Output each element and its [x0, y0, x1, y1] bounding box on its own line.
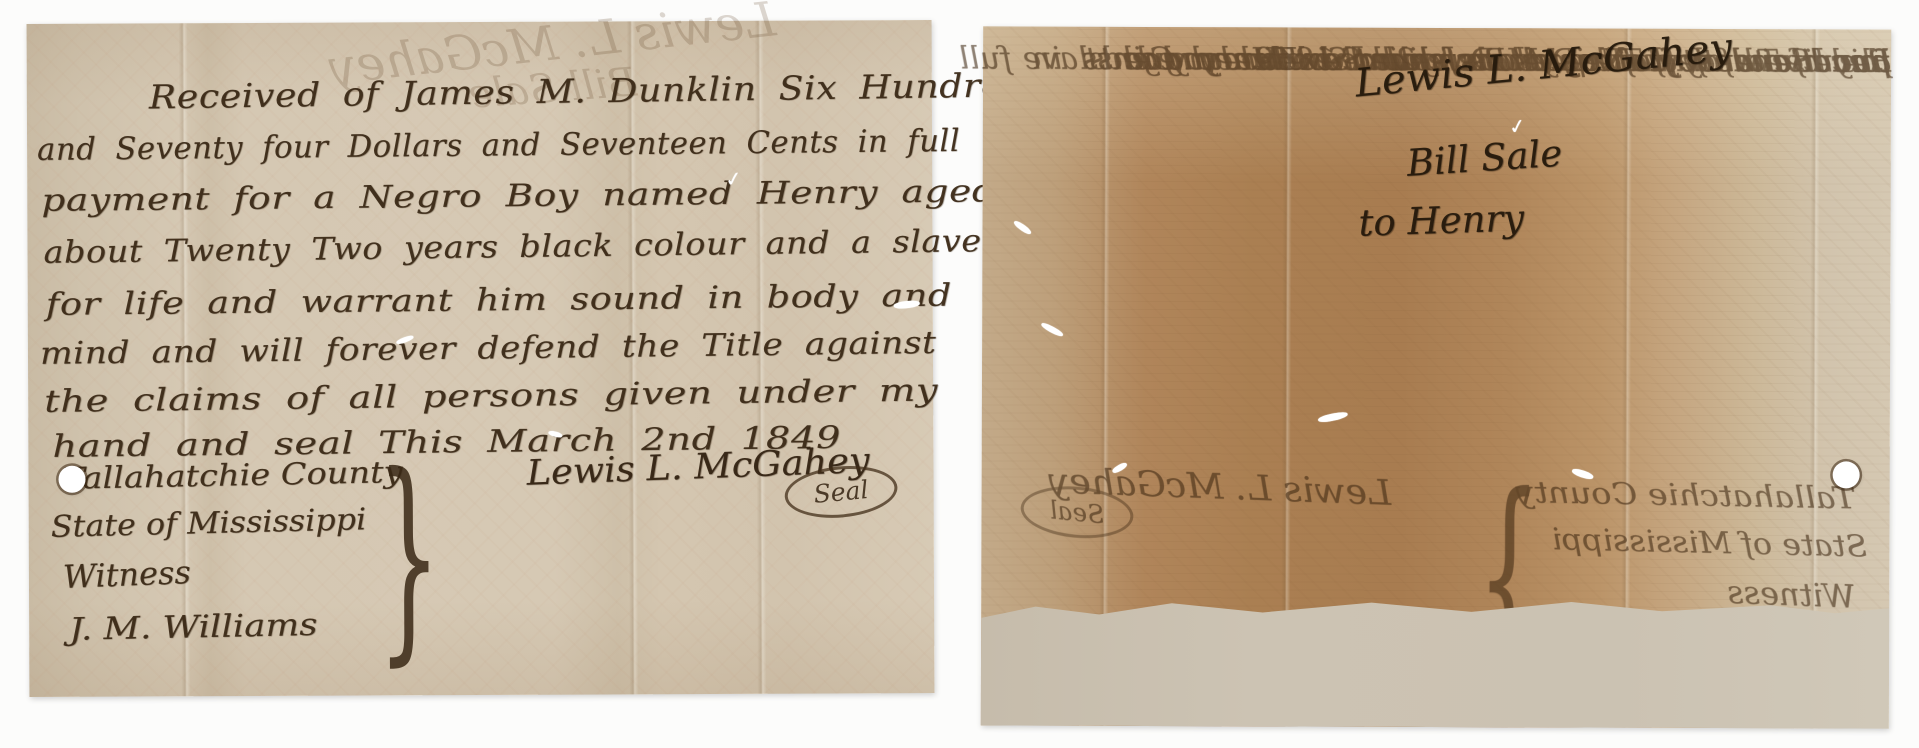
bleedthrough-attestation: State of Mississippi — [1552, 522, 1868, 564]
attestation-county: Tallahatchie County — [62, 455, 403, 497]
paper-damage-speck — [1571, 467, 1594, 481]
handwriting-line-2: and Seventy four Dollars and Seventeen C… — [37, 123, 960, 168]
handwriting-line-7: the claims of all persons given under my — [44, 372, 939, 419]
attestation-witness-label: Witness — [62, 553, 191, 596]
paper-damage-mark: ✓ — [1507, 113, 1528, 140]
handwriting-line-1: Received of James M. Dunklin Six Hundred — [149, 65, 1027, 116]
paper-damage-speck — [1111, 461, 1128, 474]
handwriting-line-6: mind and will forever defend the Title a… — [40, 325, 937, 372]
docket-subject: to Henry — [1358, 197, 1525, 245]
punch-hole — [58, 466, 85, 493]
docket-owner-name: Lewis L. McGahey — [1353, 25, 1735, 107]
scanned-document: Lewis L. McGahey Bill Sale Received of J… — [0, 0, 1919, 748]
witness-signature: J. M. Williams — [69, 607, 318, 648]
paper-damage-speck — [1040, 321, 1064, 338]
paper-damage-mark: ✓ — [724, 166, 744, 192]
bleedthrough-seal: Seal — [1019, 482, 1136, 543]
docket-title: Bill Sale — [1405, 132, 1563, 185]
bleedthrough-attestation: Tallahatchie County — [1515, 475, 1856, 516]
punch-hole — [1833, 461, 1860, 488]
page-verso: Received of James M. Dunklin Six Hundred… — [981, 26, 1891, 728]
attestation-state: State of Mississippi — [50, 502, 366, 545]
torn-bottom-strip — [981, 597, 1889, 728]
paper-damage-speck — [1013, 219, 1033, 235]
page-recto: Lewis L. McGahey Bill Sale Received of J… — [27, 20, 935, 697]
paper-damage-speck — [1317, 411, 1348, 424]
attestation-brace: } — [376, 446, 441, 667]
